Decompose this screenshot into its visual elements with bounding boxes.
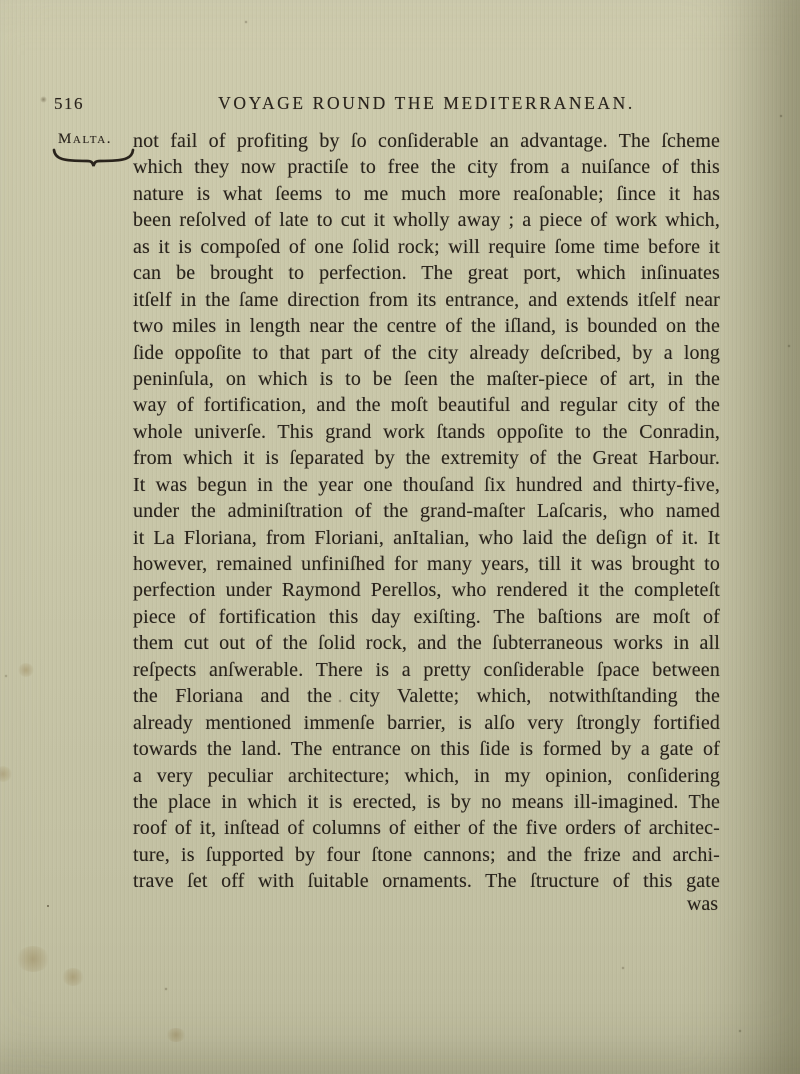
book-page: 516 VOYAGE ROUND THE MEDITERRANEAN. Malt… <box>0 0 800 1074</box>
body-text-line: ture, is ſupported by four ſtone cannons… <box>133 844 720 870</box>
body-text-line: roof of it, inſtead of columns of either… <box>133 817 720 843</box>
body-text-line: peninſula, on which is to be ſeen the ma… <box>133 368 720 394</box>
body-text-line: itſelf in the ſame direction from its en… <box>133 289 720 315</box>
body-text-line: two miles in length near the centre of t… <box>133 315 720 341</box>
body-text-line: not fail of profiting by ſo conſiderable… <box>133 130 720 156</box>
body-text-line: can be brought to perfection. The great … <box>133 262 720 288</box>
body-text-line: ſide oppoſite to that part of the city a… <box>133 342 720 368</box>
body-text-line: the place in which it is erected, is by … <box>133 791 720 817</box>
body-text-line: perfection under Raymond Perellos, who r… <box>133 579 720 605</box>
body-text-line: whole univerſe. This grand work ſtands o… <box>133 421 720 447</box>
body-text-line: already mentioned immenſe barrier, is al… <box>133 712 720 738</box>
body-text-line: however, remained unfiniſhed for many ye… <box>133 553 720 579</box>
body-text-line: as it is compoſed of one ſolid rock; wil… <box>133 236 720 262</box>
body-text-line: them cut out of the ſolid rock, and the … <box>133 632 720 658</box>
body-text-line: from which it is ſeparated by the extrem… <box>133 447 720 473</box>
page-number: 516 <box>54 94 84 114</box>
margin-note-malta: Malta. <box>58 131 112 148</box>
body-text-line: piece of fortification this day exiſting… <box>133 606 720 632</box>
body-text-line: which they now practiſe to free the city… <box>133 156 720 182</box>
body-text-line: way of fortification, and the moſt beaut… <box>133 394 720 420</box>
catchword: was <box>133 893 718 916</box>
body-text-line: been reſolved of late to cut it wholly a… <box>133 209 720 235</box>
body-text-line: under the adminiſtration of the grand-ma… <box>133 500 720 526</box>
body-text-line: reſpects anſwerable. There is a pretty c… <box>133 659 720 685</box>
margin-note-brace-icon <box>51 148 136 167</box>
body-text-line: nature is what ſeems to me much more rea… <box>133 183 720 209</box>
body-text-line: the Floriana and the city Valette; which… <box>133 685 720 711</box>
body-text: not fail of profiting by ſo conſiderable… <box>133 130 720 897</box>
body-text-line: it La Floriana, from Floriani, anItalian… <box>133 527 720 553</box>
body-text-line: a very peculiar architecture; which, in … <box>133 765 720 791</box>
body-text-line: It was begun in the year one thouſand ſi… <box>133 474 720 500</box>
running-title: VOYAGE ROUND THE MEDITERRANEAN. <box>133 93 720 114</box>
body-text-line: towards the land. The entrance on this ſ… <box>133 738 720 764</box>
